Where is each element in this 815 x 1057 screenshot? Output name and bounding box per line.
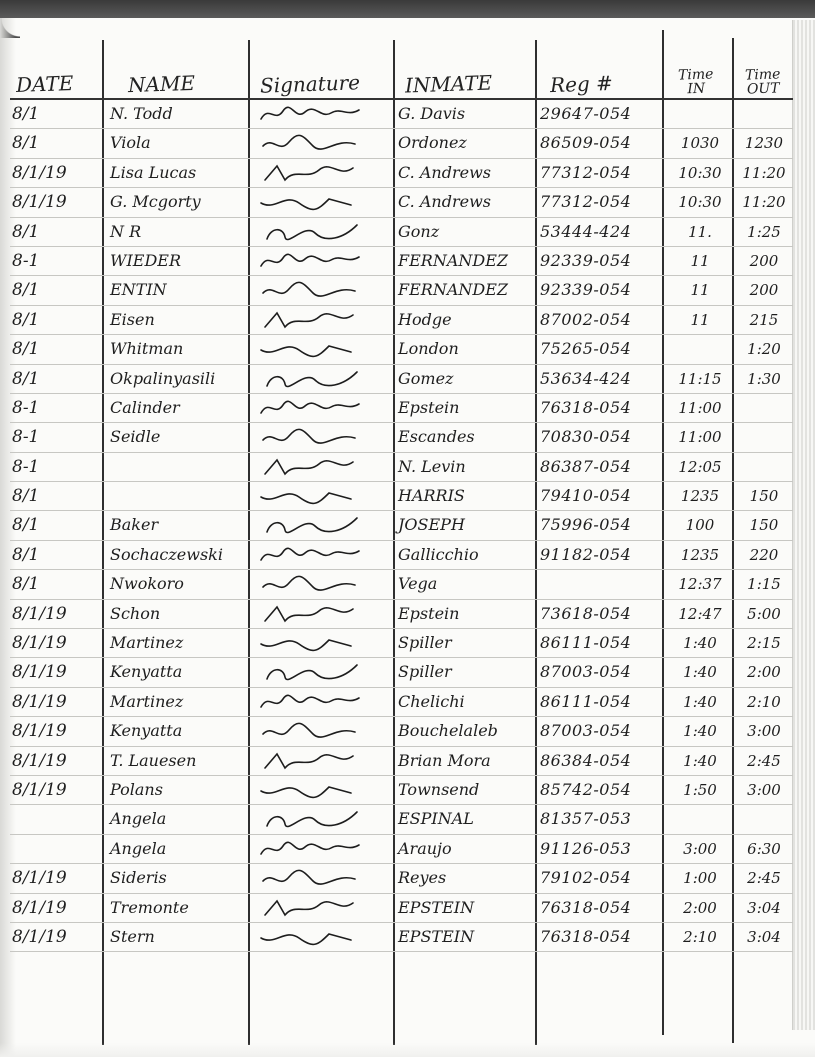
signature-scribble-icon xyxy=(255,926,365,948)
cell-time-in: 1:40 xyxy=(667,750,733,772)
cell-signature xyxy=(255,368,395,390)
cell-visitor-name: Calinder xyxy=(110,397,250,419)
ledger-row: 8/1 HARRIS 79410-054 1235 150 xyxy=(10,482,793,511)
cell-inmate: Araujo xyxy=(398,838,538,860)
cell-time-out: 1:25 xyxy=(736,221,792,243)
cell-signature xyxy=(255,397,395,419)
cell-signature xyxy=(255,132,395,154)
signature-scribble-icon xyxy=(255,603,365,625)
cell-signature xyxy=(255,485,395,507)
cell-time-out: 5:00 xyxy=(736,603,792,625)
header-inmate: INMATE xyxy=(405,70,493,97)
cell-inmate: Gomez xyxy=(398,368,538,390)
cell-visitor-name: Angela xyxy=(110,808,250,830)
cell-reg-number: 91182-054 xyxy=(540,544,664,566)
ledger-row: 8-1 N. Levin 86387-054 12:05 xyxy=(10,453,793,482)
ledger-rows: 8/1 N. Todd G. Davis 29647-054 8/1 Viola… xyxy=(10,100,793,952)
cell-visitor-name: Martinez xyxy=(110,691,250,713)
signature-scribble-icon xyxy=(255,221,365,243)
cell-reg-number: 85742-054 xyxy=(540,779,664,801)
cell-time-in: 3:00 xyxy=(667,838,733,860)
cell-visitor-name: Angela xyxy=(110,838,250,860)
cell-inmate: Reyes xyxy=(398,867,538,889)
signature-scribble-icon xyxy=(255,514,365,536)
cell-reg-number: 81357-053 xyxy=(540,808,664,830)
cell-inmate: Chelichi xyxy=(398,691,538,713)
cell-date: 8-1 xyxy=(12,250,100,272)
cell-visitor-name: Eisen xyxy=(110,309,250,331)
signature-scribble-icon xyxy=(255,426,365,448)
cell-time-out: 3:00 xyxy=(736,720,792,742)
ledger-row: 8/1/19 Stern EPSTEIN 76318-054 2:10 3:04 xyxy=(10,923,793,952)
cell-time-out: 11:20 xyxy=(736,191,792,213)
cell-time-out: 3:04 xyxy=(736,926,792,948)
cell-reg-number: 77312-054 xyxy=(540,162,664,184)
cell-inmate: G. Davis xyxy=(398,103,538,125)
cell-inmate: C. Andrews xyxy=(398,191,538,213)
signature-scribble-icon xyxy=(255,191,365,213)
cell-signature xyxy=(255,103,395,125)
signature-scribble-icon xyxy=(255,691,365,713)
cell-reg-number: 92339-054 xyxy=(540,279,664,301)
cell-inmate: Townsend xyxy=(398,779,538,801)
cell-reg-number: 76318-054 xyxy=(540,397,664,419)
cell-inmate: Brian Mora xyxy=(398,750,538,772)
cell-date: 8/1 xyxy=(12,544,100,566)
ledger-header: DATE NAME Signature INMATE Reg # Time IN… xyxy=(10,40,793,100)
cell-time-out: 220 xyxy=(736,544,792,566)
signature-scribble-icon xyxy=(255,867,365,889)
cell-time-in: 11 xyxy=(667,279,733,301)
cell-reg-number: 86509-054 xyxy=(540,132,664,154)
cell-time-out: 2:10 xyxy=(736,691,792,713)
header-date: DATE xyxy=(16,71,74,97)
ledger-table: DATE NAME Signature INMATE Reg # Time IN… xyxy=(10,40,793,952)
cell-date: 8/1/19 xyxy=(12,191,100,213)
cell-inmate: Epstein xyxy=(398,603,538,625)
ledger-row: 8/1/19 Kenyatta Bouchelaleb 87003-054 1:… xyxy=(10,717,793,746)
cell-time-out: 1230 xyxy=(736,132,792,154)
cell-time-in: 1:00 xyxy=(667,867,733,889)
cell-reg-number: 75265-054 xyxy=(540,338,664,360)
cell-time-out: 2:00 xyxy=(736,661,792,683)
cell-date: 8/1/19 xyxy=(12,691,100,713)
cell-date: 8/1 xyxy=(12,368,100,390)
signature-scribble-icon xyxy=(255,309,365,331)
cell-time-in: 11 xyxy=(667,250,733,272)
signature-scribble-icon xyxy=(255,897,365,919)
cell-visitor-name: WIEDER xyxy=(110,250,250,272)
cell-time-in: 11. xyxy=(667,221,733,243)
cell-inmate: FERNANDEZ xyxy=(398,250,538,272)
cell-time-in: 11:00 xyxy=(667,426,733,448)
notebook-page-edges xyxy=(792,20,815,1030)
cell-time-in: 10:30 xyxy=(667,162,733,184)
cell-reg-number: 86384-054 xyxy=(540,750,664,772)
cell-signature xyxy=(255,691,395,713)
cell-reg-number: 53444-424 xyxy=(540,221,664,243)
cell-reg-number: 91126-053 xyxy=(540,838,664,860)
signature-scribble-icon xyxy=(255,661,365,683)
cell-visitor-name: Stern xyxy=(110,926,250,948)
ledger-row: 8/1 Sochaczewski Gallicchio 91182-054 12… xyxy=(10,541,793,570)
cell-date: 8/1/19 xyxy=(12,632,100,654)
cell-time-in: 2:00 xyxy=(667,897,733,919)
cell-time-out: 2:15 xyxy=(736,632,792,654)
cell-date: 8/1 xyxy=(12,514,100,536)
signature-scribble-icon xyxy=(255,544,365,566)
cell-signature xyxy=(255,191,395,213)
cell-visitor-name: N. Todd xyxy=(110,103,250,125)
cell-time-in: 12:37 xyxy=(667,573,733,595)
signature-scribble-icon xyxy=(255,838,365,860)
ledger-row: 8-1 Seidle Escandes 70830-054 11:00 xyxy=(10,423,793,452)
ledger-row: 8/1/19 T. Lauesen Brian Mora 86384-054 1… xyxy=(10,747,793,776)
cell-time-in: 1030 xyxy=(667,132,733,154)
scanned-ledger-page: DATE NAME Signature INMATE Reg # Time IN… xyxy=(0,0,815,1057)
cell-reg-number: 76318-054 xyxy=(540,897,664,919)
cell-signature xyxy=(255,750,395,772)
signature-scribble-icon xyxy=(255,397,365,419)
cell-inmate: ESPINAL xyxy=(398,808,538,830)
cell-time-out: 2:45 xyxy=(736,867,792,889)
signature-scribble-icon xyxy=(255,456,365,478)
cell-time-in: 1:40 xyxy=(667,632,733,654)
cell-inmate: Spiller xyxy=(398,632,538,654)
cell-signature xyxy=(255,632,395,654)
cell-inmate: EPSTEIN xyxy=(398,897,538,919)
cell-signature xyxy=(255,779,395,801)
cell-date: 8/1/19 xyxy=(12,750,100,772)
cell-time-in: 1:50 xyxy=(667,779,733,801)
cell-time-out: 150 xyxy=(736,485,792,507)
signature-scribble-icon xyxy=(255,132,365,154)
cell-reg-number: 87002-054 xyxy=(540,309,664,331)
ledger-row: 8-1 Calinder Epstein 76318-054 11:00 xyxy=(10,394,793,423)
cell-time-in: 12:05 xyxy=(667,456,733,478)
cell-time-out: 11:20 xyxy=(736,162,792,184)
cell-time-out: 200 xyxy=(736,250,792,272)
cell-signature xyxy=(255,838,395,860)
cell-inmate: Vega xyxy=(398,573,538,595)
cell-inmate: C. Andrews xyxy=(398,162,538,184)
cell-reg-number: 29647-054 xyxy=(540,103,664,125)
cell-visitor-name: Nwokoro xyxy=(110,573,250,595)
cell-date: 8-1 xyxy=(12,397,100,419)
cell-visitor-name: Kenyatta xyxy=(110,720,250,742)
cell-signature xyxy=(255,897,395,919)
signature-scribble-icon xyxy=(255,720,365,742)
cell-reg-number: 79410-054 xyxy=(540,485,664,507)
cell-visitor-name: Viola xyxy=(110,132,250,154)
cell-date: 8-1 xyxy=(12,456,100,478)
cell-time-out: 2:45 xyxy=(736,750,792,772)
cell-inmate: N. Levin xyxy=(398,456,538,478)
cell-inmate: Epstein xyxy=(398,397,538,419)
ledger-row: 8/1/19 Tremonte EPSTEIN 76318-054 2:00 3… xyxy=(10,894,793,923)
cell-visitor-name: ENTIN xyxy=(110,279,250,301)
cell-time-in: 1:40 xyxy=(667,661,733,683)
cell-time-in: 1235 xyxy=(667,544,733,566)
cell-visitor-name: Martinez xyxy=(110,632,250,654)
cell-time-out: 3:04 xyxy=(736,897,792,919)
cell-visitor-name: Lisa Lucas xyxy=(110,162,250,184)
header-reg: Reg # xyxy=(550,71,614,97)
cell-inmate: JOSEPH xyxy=(398,514,538,536)
signature-scribble-icon xyxy=(255,368,365,390)
cell-visitor-name: Whitman xyxy=(110,338,250,360)
signature-scribble-icon xyxy=(255,808,365,830)
ledger-row: 8/1/19 Lisa Lucas C. Andrews 77312-054 1… xyxy=(10,159,793,188)
cell-time-in: 1:40 xyxy=(667,691,733,713)
signature-scribble-icon xyxy=(255,279,365,301)
cell-time-in: 11:15 xyxy=(667,368,733,390)
cell-time-in: 100 xyxy=(667,514,733,536)
cell-visitor-name: G. Mcgorty xyxy=(110,191,250,213)
ledger-row: 8/1/19 Martinez Chelichi 86111-054 1:40 … xyxy=(10,688,793,717)
ledger-row: 8/1 Viola Ordonez 86509-054 1030 1230 xyxy=(10,129,793,158)
cell-visitor-name: Kenyatta xyxy=(110,661,250,683)
signature-scribble-icon xyxy=(255,750,365,772)
ledger-row: 8/1 Okpalinyasili Gomez 53634-424 11:15 … xyxy=(10,365,793,394)
cell-date: 8/1 xyxy=(12,221,100,243)
cell-inmate: Bouchelaleb xyxy=(398,720,538,742)
cell-signature xyxy=(255,221,395,243)
cell-date: 8/1 xyxy=(12,338,100,360)
ledger-row: Angela Araujo 91126-053 3:00 6:30 xyxy=(10,835,793,864)
ledger-row: 8/1 Nwokoro Vega 12:37 1:15 xyxy=(10,570,793,599)
cell-reg-number: 87003-054 xyxy=(540,661,664,683)
cell-inmate: Hodge xyxy=(398,309,538,331)
cell-time-in: 12:47 xyxy=(667,603,733,625)
scan-shadow-top xyxy=(0,0,815,18)
ledger-row: 8/1/19 Martinez Spiller 86111-054 1:40 2… xyxy=(10,629,793,658)
cell-signature xyxy=(255,338,395,360)
cell-signature xyxy=(255,720,395,742)
cell-signature xyxy=(255,456,395,478)
cell-time-out: 200 xyxy=(736,279,792,301)
cell-date: 8/1/19 xyxy=(12,162,100,184)
cell-date: 8/1/19 xyxy=(12,926,100,948)
cell-visitor-name: Okpalinyasili xyxy=(110,368,250,390)
cell-visitor-name: Sideris xyxy=(110,867,250,889)
cell-reg-number: 86111-054 xyxy=(540,691,664,713)
cell-time-out: 1:20 xyxy=(736,338,792,360)
cell-signature xyxy=(255,926,395,948)
cell-inmate: London xyxy=(398,338,538,360)
cell-reg-number: 75996-054 xyxy=(540,514,664,536)
cell-signature xyxy=(255,250,395,272)
cell-reg-number: 87003-054 xyxy=(540,720,664,742)
ledger-row: 8-1 WIEDER FERNANDEZ 92339-054 11 200 xyxy=(10,247,793,276)
ledger-row: 8/1/19 Polans Townsend 85742-054 1:50 3:… xyxy=(10,776,793,805)
ledger-row: 8/1 Whitman London 75265-054 1:20 xyxy=(10,335,793,364)
cell-visitor-name: Tremonte xyxy=(110,897,250,919)
cell-reg-number: 86111-054 xyxy=(540,632,664,654)
cell-visitor-name: Sochaczewski xyxy=(110,544,250,566)
signature-scribble-icon xyxy=(255,573,365,595)
cell-signature xyxy=(255,544,395,566)
ledger-row: 8/1 ENTIN FERNANDEZ 92339-054 11 200 xyxy=(10,276,793,305)
cell-reg-number: 86387-054 xyxy=(540,456,664,478)
cell-signature xyxy=(255,661,395,683)
ledger-row: 8/1 Eisen Hodge 87002-054 11 215 xyxy=(10,306,793,335)
cell-time-in: 1235 xyxy=(667,485,733,507)
ledger-row: 8/1 N R Gonz 53444-424 11. 1:25 xyxy=(10,218,793,247)
header-name: NAME xyxy=(128,71,196,97)
ledger-row: 8/1/19 G. Mcgorty C. Andrews 77312-054 1… xyxy=(10,188,793,217)
cell-inmate: Gallicchio xyxy=(398,544,538,566)
scan-shadow-bottom xyxy=(0,1043,815,1057)
cell-reg-number: 70830-054 xyxy=(540,426,664,448)
cell-signature xyxy=(255,309,395,331)
cell-inmate: FERNANDEZ xyxy=(398,279,538,301)
cell-visitor-name: N R xyxy=(110,221,250,243)
signature-scribble-icon xyxy=(255,779,365,801)
cell-date: 8/1 xyxy=(12,573,100,595)
cell-time-out: 150 xyxy=(736,514,792,536)
signature-scribble-icon xyxy=(255,338,365,360)
signature-scribble-icon xyxy=(255,103,365,125)
cell-reg-number: 77312-054 xyxy=(540,191,664,213)
header-time-out: Time OUT xyxy=(738,67,789,97)
cell-time-out: 215 xyxy=(736,309,792,331)
cell-visitor-name: Baker xyxy=(110,514,250,536)
ledger-row: 8/1/19 Kenyatta Spiller 87003-054 1:40 2… xyxy=(10,658,793,687)
signature-scribble-icon xyxy=(255,632,365,654)
cell-inmate: HARRIS xyxy=(398,485,538,507)
cell-date: 8/1/19 xyxy=(12,867,100,889)
cell-signature xyxy=(255,573,395,595)
cell-signature xyxy=(255,426,395,448)
ledger-row: 8/1 Baker JOSEPH 75996-054 100 150 xyxy=(10,511,793,540)
cell-reg-number: 92339-054 xyxy=(540,250,664,272)
cell-date: 8/1 xyxy=(12,103,100,125)
cell-date: 8/1/19 xyxy=(12,897,100,919)
cell-visitor-name: Schon xyxy=(110,603,250,625)
cell-date: 8-1 xyxy=(12,426,100,448)
cell-signature xyxy=(255,867,395,889)
signature-scribble-icon xyxy=(255,485,365,507)
cell-time-in: 11 xyxy=(667,309,733,331)
ledger-row: Angela ESPINAL 81357-053 xyxy=(10,805,793,834)
cell-inmate: Ordonez xyxy=(398,132,538,154)
cell-inmate: Escandes xyxy=(398,426,538,448)
cell-reg-number: 73618-054 xyxy=(540,603,664,625)
cell-reg-number: 53634-424 xyxy=(540,368,664,390)
cell-signature xyxy=(255,514,395,536)
cell-time-out: 1:30 xyxy=(736,368,792,390)
cell-date: 8/1/19 xyxy=(12,779,100,801)
cell-signature xyxy=(255,808,395,830)
cell-reg-number: 79102-054 xyxy=(540,867,664,889)
cell-signature xyxy=(255,603,395,625)
cell-signature xyxy=(255,279,395,301)
cell-date: 8/1 xyxy=(12,485,100,507)
cell-date: 8/1 xyxy=(12,132,100,154)
cell-visitor-name: Polans xyxy=(110,779,250,801)
cell-time-in: 10:30 xyxy=(667,191,733,213)
cell-visitor-name: Seidle xyxy=(110,426,250,448)
cell-signature xyxy=(255,162,395,184)
cell-date: 8/1/19 xyxy=(12,603,100,625)
cell-time-out: 1:15 xyxy=(736,573,792,595)
signature-scribble-icon xyxy=(255,162,365,184)
cell-inmate: Spiller xyxy=(398,661,538,683)
cell-visitor-name: T. Lauesen xyxy=(110,750,250,772)
cell-date: 8/1/19 xyxy=(12,720,100,742)
cell-inmate: Gonz xyxy=(398,221,538,243)
cell-date: 8/1/19 xyxy=(12,661,100,683)
cell-time-in: 2:10 xyxy=(667,926,733,948)
cell-time-in: 1:40 xyxy=(667,720,733,742)
ledger-row: 8/1/19 Schon Epstein 73618-054 12:47 5:0… xyxy=(10,600,793,629)
cell-time-out: 6:30 xyxy=(736,838,792,860)
cell-reg-number: 76318-054 xyxy=(540,926,664,948)
cell-date: 8/1 xyxy=(12,279,100,301)
header-time-in: Time IN xyxy=(672,67,721,97)
cell-date: 8/1 xyxy=(12,309,100,331)
ledger-row: 8/1 N. Todd G. Davis 29647-054 xyxy=(10,100,793,129)
header-signature: Signature xyxy=(260,70,361,97)
ledger-row: 8/1/19 Sideris Reyes 79102-054 1:00 2:45 xyxy=(10,864,793,893)
cell-time-in: 11:00 xyxy=(667,397,733,419)
cell-inmate: EPSTEIN xyxy=(398,926,538,948)
cell-time-out: 3:00 xyxy=(736,779,792,801)
signature-scribble-icon xyxy=(255,250,365,272)
